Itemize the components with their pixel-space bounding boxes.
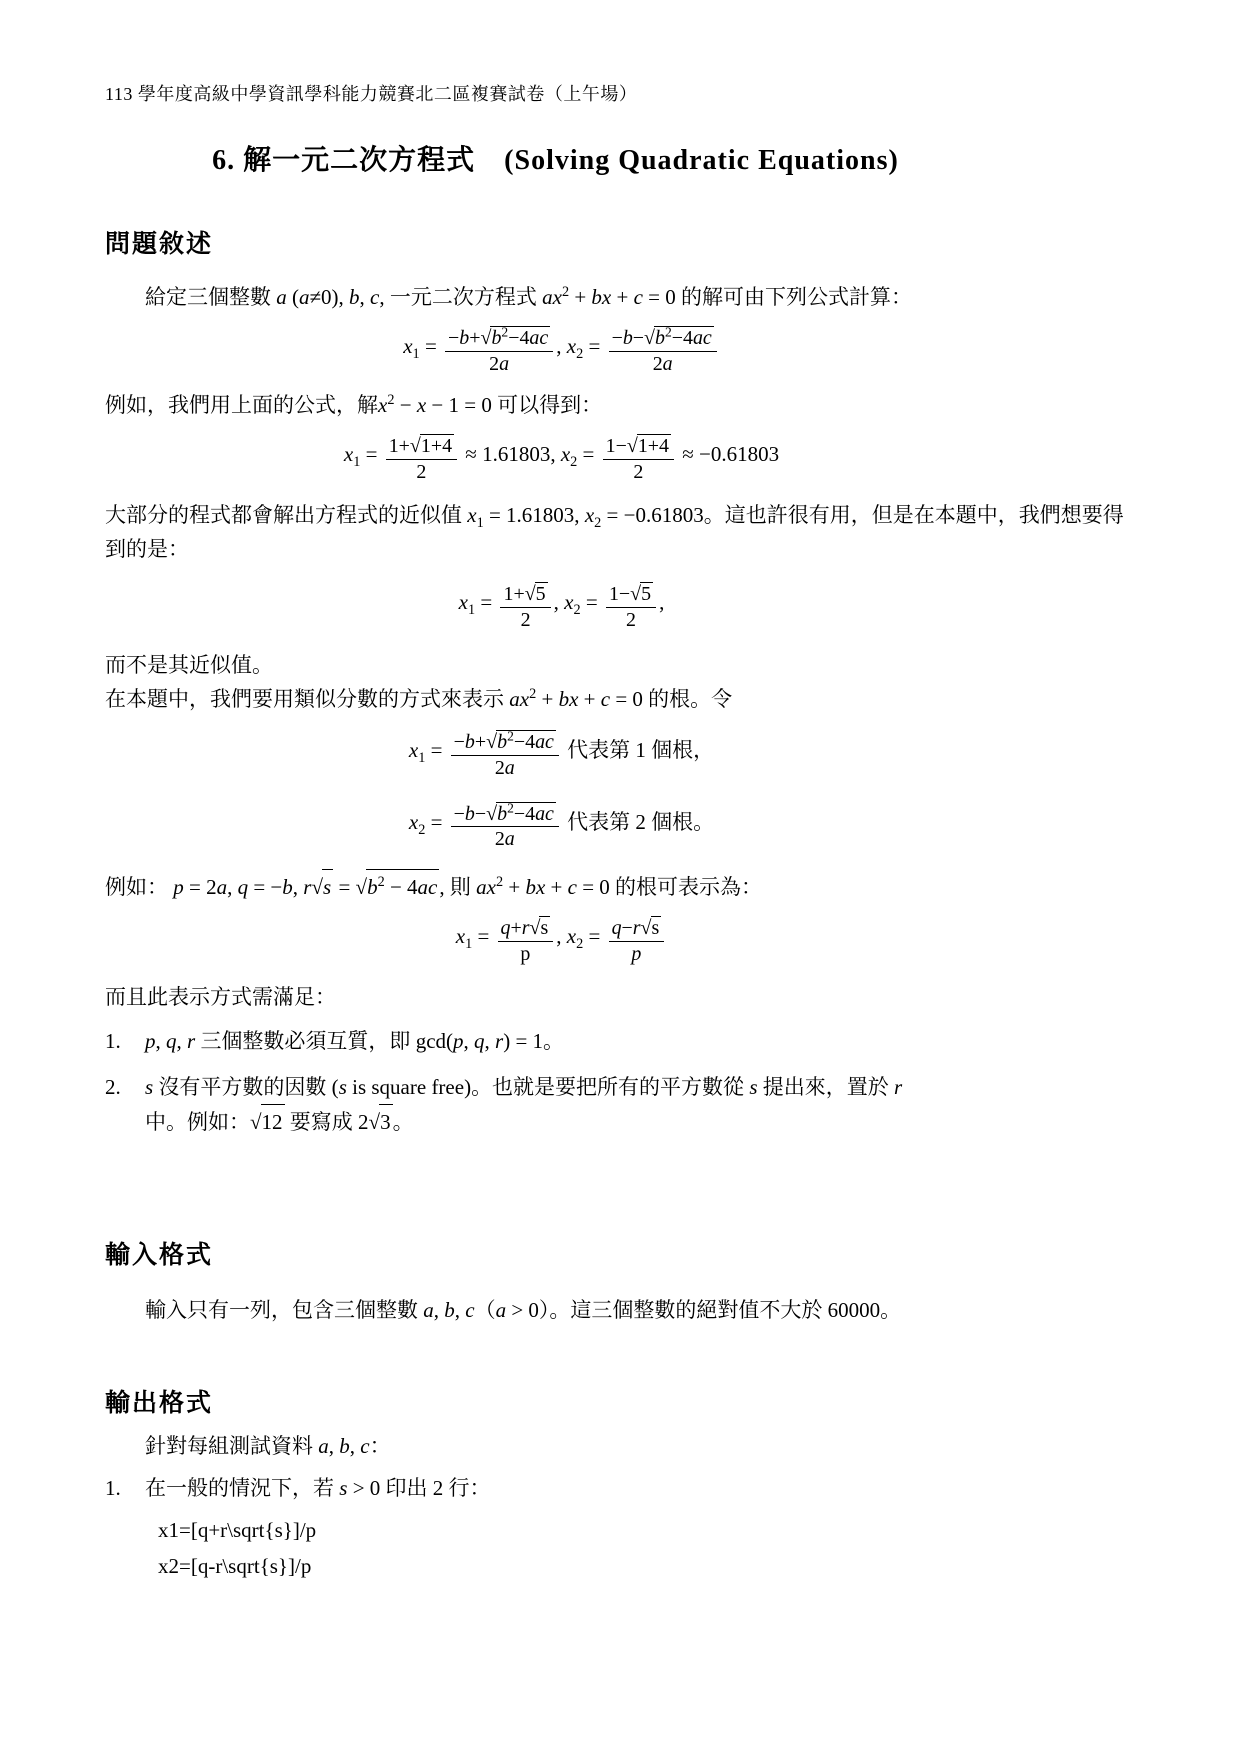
paragraph-not-approximation: 而不是其近似值。 (105, 648, 1136, 682)
paragraph-approx-values: 大部分的程式都會解出方程式的近似值 x1 = 1.61803, x2 = −0.… (105, 498, 1136, 566)
paragraph-fraction-representation: 在本題中，我們要用類似分數的方式來表示 ax2 + bx + c = 0 的根。… (105, 682, 1136, 716)
list-item-number: 1. (105, 1024, 145, 1058)
paragraph-constraints-intro: 而且此表示方式需滿足： (105, 980, 1136, 1014)
list-item-text-line1: s 沒有平方數的因數 (s is square free)。也就是要把所有的平方… (145, 1070, 1136, 1104)
code-line-x2: x2=[q-r\sqrt{s}]/p (158, 1551, 1136, 1581)
paragraph-problem-intro: 給定三個整數 a (a≠0), b, c, 一元二次方程式 ax2 + bx +… (105, 280, 1136, 314)
list-item-text-line2: 中。例如：√12 要寫成 2√3。 (145, 1104, 1136, 1139)
list-item-gcd-constraint: 1. p, q, r 三個整數必須互質，即 gcd(p, q, r) = 1。 (105, 1024, 1136, 1058)
paragraph-example-equation: 例如，我們用上面的公式，解x2 − x − 1 = 0 可以得到： (105, 388, 1136, 422)
list-item-text: 在一般的情況下，若 s > 0 印出 2 行： (145, 1471, 1136, 1505)
section-problem-heading: 問題敘述 (105, 224, 1136, 260)
page: 113 學年度高級中學資訊學科能力競賽北二區複賽試卷（上午場） 6. 解一元二次… (0, 0, 1241, 1581)
list-item-text: p, q, r 三個整數必須互質，即 gcd(p, q, r) = 1。 (145, 1024, 1136, 1058)
paragraph-pqrs-example: 例如： p = 2a, q = −b, r√s = √b2 − 4ac, 則 a… (105, 869, 1136, 904)
list-item-output-case1: 1. 在一般的情況下，若 s > 0 印出 2 行： (105, 1471, 1136, 1505)
formula-pqrs-roots: x1 = q+r√sp, x2 = q−r√sp (105, 916, 1136, 966)
paragraph-input-description: 輸入只有一列，包含三個整數 a, b, c（a > 0）。這三個整數的絕對值不大… (105, 1293, 1136, 1327)
section-output-heading: 輸出格式 (105, 1383, 1136, 1419)
formula-root2-definition: x2 = −b−√b2−4ac2a 代表第 2 個根。 (105, 802, 1136, 852)
paragraph-output-intro: 針對每組測試資料 a, b, c： (105, 1429, 1136, 1463)
list-item-square-free-constraint: 2. s 沒有平方數的因數 (s is square free)。也就是要把所有… (105, 1070, 1136, 1139)
formula-quadratic-roots: x1 = −b+√b2−4ac2a, x2 = −b−√b2−4ac2a (105, 326, 1136, 376)
list-item-number: 2. (105, 1070, 145, 1139)
formula-approx-roots: x1 = 1+√1+42 ≈ 1.61803, x2 = 1−√1+42 ≈ −… (105, 434, 1136, 484)
doc-title: 6. 解一元二次方程式 (Solving Quadratic Equations… (105, 138, 1136, 178)
code-line-x1: x1=[q+r\sqrt{s}]/p (158, 1515, 1136, 1545)
page-header: 113 學年度高級中學資訊學科能力競賽北二區複賽試卷（上午場） (105, 82, 1136, 106)
formula-root1-definition: x1 = −b+√b2−4ac2a 代表第 1 個根， (105, 730, 1136, 780)
formula-exact-roots: x1 = 1+√52, x2 = 1−√52, (105, 582, 1136, 632)
section-input-heading: 輸入格式 (105, 1235, 1136, 1271)
list-item-number: 1. (105, 1471, 145, 1505)
